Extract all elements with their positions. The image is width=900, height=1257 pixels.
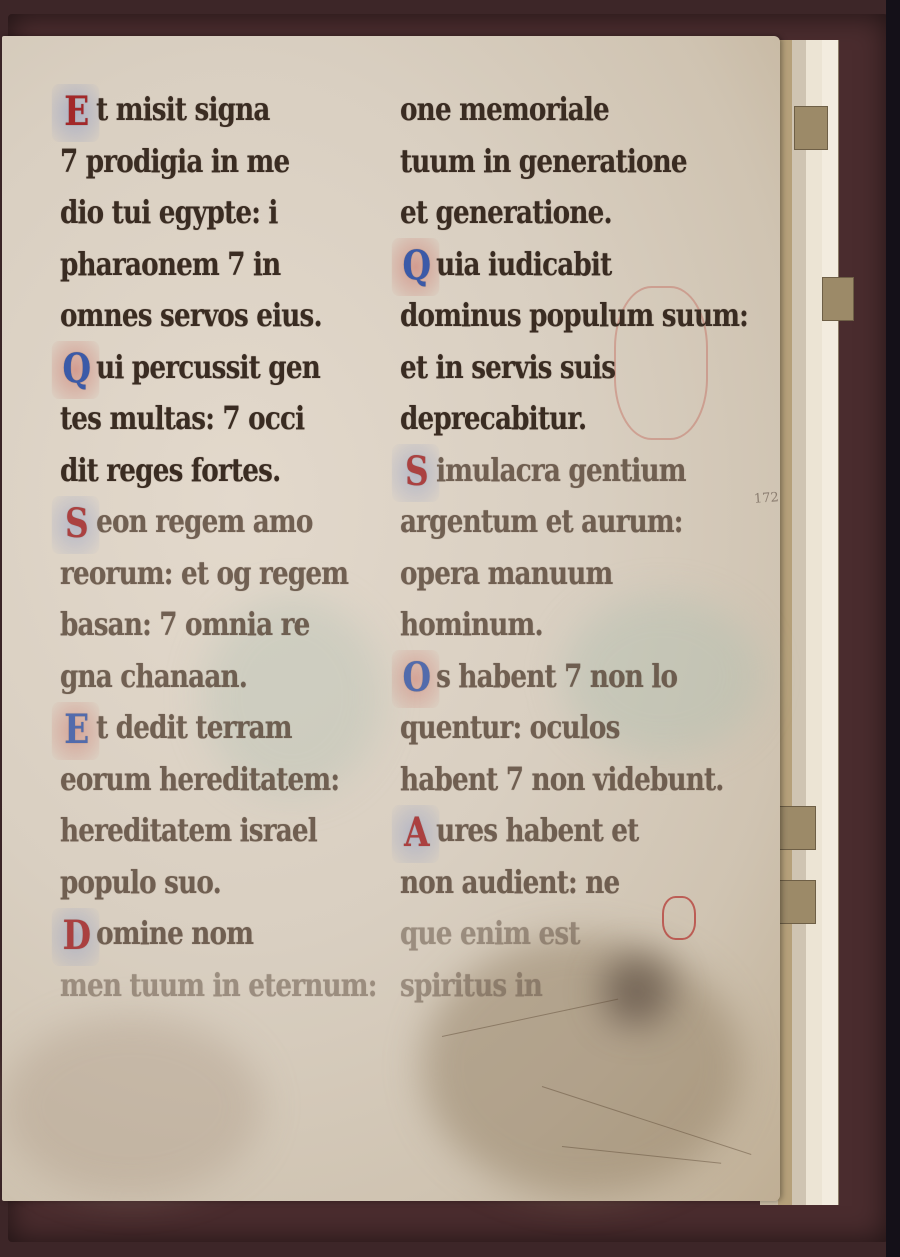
- initial-Q: Q: [400, 244, 433, 288]
- dirt-stain: [2, 1016, 262, 1196]
- text-line: eorum hereditatem:: [60, 754, 306, 806]
- text-line: populo suo.: [60, 857, 306, 909]
- text-line: Qui percussit gen: [60, 342, 306, 394]
- text-line: que enim est: [400, 908, 646, 960]
- text-line: hominum.: [400, 599, 646, 651]
- text-line: Et misit signa: [60, 84, 306, 136]
- text-line: et generatione.: [400, 187, 646, 239]
- guard-tab: [822, 277, 854, 321]
- initial-Q: Q: [60, 347, 93, 391]
- text-line: Quia iudicabit: [400, 239, 646, 291]
- initial-E: E: [60, 708, 93, 752]
- leaf-edge: [822, 40, 839, 1205]
- text-line: basan: 7 omnia re: [60, 599, 306, 651]
- initial-S: S: [400, 450, 433, 494]
- guard-tab: [774, 806, 816, 850]
- text-line: gna chanaan.: [60, 651, 306, 703]
- text-line: spiritus in: [400, 960, 646, 1012]
- folio-number: 172: [754, 490, 780, 507]
- text-line: pharaonem 7 in: [60, 239, 306, 291]
- text-line: et in servis suis: [400, 342, 646, 394]
- guard-tab: [778, 880, 816, 924]
- text-line: Domine nom: [60, 908, 306, 960]
- text-column-left: Et misit signa 7 prodigia in me dio tui …: [60, 84, 360, 1011]
- text-line: Simulacra gentium: [400, 445, 646, 497]
- text-column-right: one memoriale tuum in generatione et gen…: [400, 84, 700, 1011]
- initial-E: E: [60, 90, 93, 134]
- text-line: dio tui egypte: i: [60, 187, 306, 239]
- text-line: Seon regem amo: [60, 496, 306, 548]
- initial-O: O: [400, 656, 433, 700]
- binding-edge: [886, 0, 900, 1257]
- guard-tab: [794, 106, 828, 150]
- text-line: tes multas: 7 occi: [60, 393, 306, 445]
- text-line: dit reges fortes.: [60, 445, 306, 497]
- text-line: men tuum in eternum:: [60, 960, 306, 1012]
- text-line: non audient: ne: [400, 857, 646, 909]
- leaf-edge: [778, 40, 793, 1205]
- initial-D: D: [60, 914, 93, 958]
- text-line: quentur: oculos: [400, 702, 646, 754]
- text-line: Os habent 7 non lo: [400, 651, 646, 703]
- text-line: opera manuum: [400, 548, 646, 600]
- text-line: Aures habent et: [400, 805, 646, 857]
- text-line: 7 prodigia in me: [60, 136, 306, 188]
- initial-S: S: [60, 502, 93, 546]
- leaf-edge: [806, 40, 823, 1205]
- text-line: reorum: et og regem: [60, 548, 306, 600]
- text-line: omnes servos eius.: [60, 290, 306, 342]
- leaf-edge: [792, 40, 807, 1205]
- initial-A: A: [400, 811, 433, 855]
- text-line: Et dedit terram: [60, 702, 306, 754]
- text-line: dominus populum suum:: [400, 290, 646, 342]
- text-line: one memoriale: [400, 84, 646, 136]
- text-line: hereditatem israel: [60, 805, 306, 857]
- text-line: argentum et aurum:: [400, 496, 646, 548]
- text-line: deprecabitur.: [400, 393, 646, 445]
- text-line: habent 7 non videbunt.: [400, 754, 646, 806]
- text-line: tuum in generatione: [400, 136, 646, 188]
